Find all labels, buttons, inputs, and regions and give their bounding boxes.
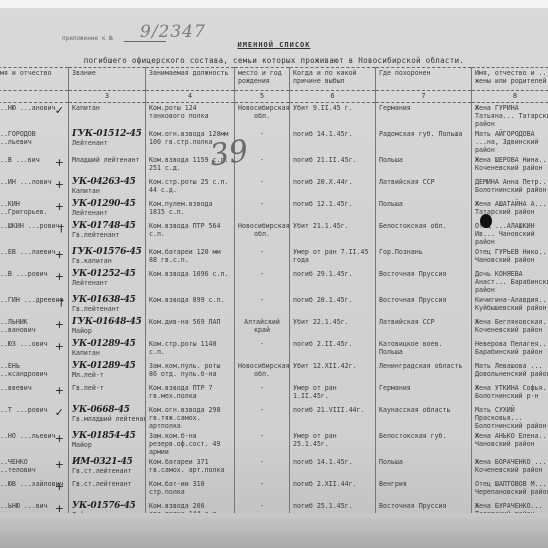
rank-cell: УК-01854-45Майор [69,431,146,457]
rank: Майор [72,327,92,335]
handwritten-mark-icon: + [55,273,64,281]
rank: Лейтенант [72,139,108,147]
handwritten-mark-icon: + [55,343,64,351]
rank: Гв.лей-т [72,384,104,392]
handwritten-mark-icon: + [55,461,64,469]
rank-cell: УК-01638-45Гв.лейтенант [69,295,146,317]
document-title: ИМЕННОЙ СПИСОК [0,41,548,49]
name-cell: ...ГОРОДОВ ...льевич [0,129,69,155]
ink-blot [480,214,492,228]
header-relatives: Имя, отчество и ... жены или родителей [472,68,548,91]
buried-cell: Белостокская обл. [376,221,472,247]
when-cell: Умер от ран 7.II.45 года [290,247,376,269]
table-row: ...В ...вич+Младший лейтенантКом.взвода … [0,155,548,177]
table-row: ...ШКИН ...рович†УК-01748-45Гв.лейтенант… [0,221,548,247]
position-cell: Зам.ком.б-на резерв.оф.сост. 49 армии [146,431,235,457]
handwritten-mark-icon: † [59,299,65,307]
relatives-cell: Жена УТКИНА Софья... Болотнинский р-н [472,383,548,405]
table-row: ...Т ...рович✓УК-0668-45Гв.младший лейте… [0,405,548,431]
relatives-cell: Отец ГУРЬЕВ Нико... Чановский район [472,247,548,269]
paper-fold-shadow [0,513,548,548]
position-cell: Ком.пулем.взвода 1815 с.п. [146,199,235,221]
rank-cell: ИМ-0321-45Гв.ст.лейтенант [69,457,146,479]
handwritten-stamp: УК-01576-45 [72,502,142,511]
rank: Капитан [72,187,100,195]
colnum: 7 [376,91,472,103]
relatives-cell: Кичигина-Алавдия... Куйбышевский район [472,295,548,317]
colnum: 6 [290,91,376,103]
rank: Лейтенант [72,279,108,287]
handwritten-mark-icon: + [55,505,64,513]
when-cell: погиб 20.X.44г. [290,177,376,199]
buried-cell: Радомская губ. Польша [376,129,472,155]
header-when: Когда и по какой причине выбыл [290,68,376,91]
position-cell: Ком.взвода 1096 с.п. [146,269,235,295]
when-cell: Умер от ран 25.1.45г. [290,431,376,457]
handwritten-stamp: УК-01854-45 [72,432,142,441]
header-rank: Звание [69,68,146,91]
table-row: ...КИН ...Григорьев.+УК-01290-45Лейтенан… [0,199,548,221]
handwritten-stamp: ГУК-01576-45 [72,248,142,257]
column-number-row: 3 4 5 6 7 8 [0,91,548,103]
table-row: ...ЧЕНКО ...телович+ИМ-0321-45Гв.ст.лейт… [0,457,548,479]
scanned-document-sheet: приложение к № 9/2347 ИМЕННОЙ СПИСОК пог… [0,8,548,548]
table-header-row: имя и отчество Звание Занимаемая должнос… [0,68,548,91]
birth-cell: - [235,405,290,431]
colnum: 4 [146,91,235,103]
when-cell: погиб 21.II.45г. [290,155,376,177]
when-cell: Умер от ран 1.II.45г. [290,383,376,405]
handwritten-stamp: УК-01638-45 [72,296,142,305]
handwritten-mark-icon: + [55,203,64,211]
birth-cell: - [235,295,290,317]
handwritten-mark-icon: + [55,321,64,329]
name-cell: ...ЕВ ...лаевич+ [0,247,69,269]
rank: Лейтенант [72,209,108,217]
position-cell: Ком.огн.взвода 298 гв.тяж.самох. артполк… [146,405,235,431]
position-cell: Ком.роты 124 танкового полка [146,103,235,130]
buried-cell: Латвийская ССР [376,177,472,199]
header-buried: Где похоронен [376,68,472,91]
birth-cell: - [235,383,290,405]
position-cell: Ком.бат-ии 310 стр.полка [146,479,235,501]
relatives-cell: Неверова Пелагея... Барабинский район [472,339,548,361]
relatives-cell: Мать Левашова ... Довольненский район [472,361,548,383]
rank-cell: ГУК-01512-45Лейтенант [69,129,146,155]
rank-cell: УК-01252-45Лейтенант [69,269,146,295]
buried-cell: Белостокская губ. [376,431,472,457]
handwritten-mark-icon: + [55,387,64,395]
handwritten-stamp: УК-01748-45 [72,222,142,231]
when-cell: Убит 22.1.45г. [290,317,376,339]
header-position: Занимаемая должность [146,68,235,91]
handwritten-stamp: УК-01289-45 [72,340,142,349]
when-cell: Убит 21.1.45г. [290,221,376,247]
handwritten-stamp: УК-01289-45 [72,362,142,371]
handwritten-stamp: УК-01252-45 [72,270,142,279]
colnum [0,91,69,103]
when-cell: погиб 14.1.45г. [290,457,376,479]
buried-cell: Восточная Пруссия [376,295,472,317]
when-cell: Убит 9.II.45 г. [290,103,376,130]
name-cell: ...ЧЕНКО ...телович+ [0,457,69,479]
name-cell: ...ГИН ...дреевич† [0,295,69,317]
table-row: ...ГОРОДОВ ...льевичГУК-01512-45Лейтенан… [0,129,548,155]
when-cell: погиб 2.II.45г. [290,339,376,361]
rank: Гв.младший лейтенант [72,415,146,423]
relatives-cell: Жена ШЕРОВА Нина... Коченевский район [472,155,548,177]
birth-cell: Новосибирская обл. [235,221,290,247]
officer-name: ...ГИН ...дреевич [0,296,65,304]
handwritten-stamp: ИМ-0321-45 [72,458,142,467]
name-cell: ...Т ...рович✓ [0,405,69,431]
position-cell: Ком.взвода 899 с.п. [146,295,235,317]
relatives-cell: Жена БОРАЧЕНКО ... Коченевский район [472,457,548,479]
rank-cell: Младший лейтенант [69,155,146,177]
table-row: ...ЛЬНИК ...ванович+ГУК-01648-45МайорКом… [0,317,548,339]
relatives-cell: Жена Бегляковская... Коченевский район [472,317,548,339]
name-cell: ...ввевич+ [0,383,69,405]
name-cell: ...ЕНЬ ...ксандрович [0,361,69,383]
buried-cell: Венгрия [376,479,472,501]
handwritten-stamp: УК-04263-45 [72,178,142,187]
position-cell: Ком.батареи 371 гв.самох. арт.полка [146,457,235,479]
name-cell: ...В ...вич+ [0,155,69,177]
buried-cell: Катовицкое воев. Польша [376,339,472,361]
buried-cell: Польша [376,199,472,221]
relatives-cell: Мать АЙГОРОДОВА ...на, Здвинский район [472,129,548,155]
handwritten-stamp: ГУК-01648-45 [72,318,142,327]
birth-cell: - [235,339,290,361]
birth-cell: - [235,247,290,269]
when-cell: погиб 21.VIII.44г. [290,405,376,431]
buried-cell: Восточная Пруссия [376,269,472,295]
buried-cell: Ленинградская область [376,361,472,383]
position-cell: Зам.ком.пуль. роты 86 отд. пуль.б-на [146,361,235,383]
header-birth: место и год рождения [235,68,290,91]
colnum: 5 [235,91,290,103]
officer-name: ...ШКИН ...рович [0,222,65,230]
name-cell: ...В ...рович+ [0,269,69,295]
handwritten-stamp: ГУК-01512-45 [72,130,142,139]
birth-cell: Новосибирская обл. [235,103,290,130]
birth-cell: - [235,457,290,479]
buried-cell: Германия [376,103,472,130]
rank: Гв.лейтенант [72,231,120,239]
relatives-cell: ДЕМИНА Анна Петр... Болотнинский район [472,177,548,199]
buried-cell: Германия [376,383,472,405]
buried-cell: Каунасская область [376,405,472,431]
rank: Младший лейтенант [72,156,140,164]
birth-cell: - [235,431,290,457]
rank: Майор [72,441,92,449]
rank-cell: ГУК-01648-45Майор [69,317,146,339]
when-cell: погиб 14.1.45г. [290,129,376,155]
name-cell: ...ЛЬНИК ...ванович+ [0,317,69,339]
table-row: ...В ...рович+УК-01252-45ЛейтенантКом.вз… [0,269,548,295]
buried-cell: Латвийская ССР [376,317,472,339]
position-cell: Ком.батареи 120 мм 88 гв.с.п. [146,247,235,269]
rank-cell: УК-01289-45Мл.лей-т [69,361,146,383]
handwritten-mark-icon: + [55,181,64,189]
rank-cell: УК-01290-45Лейтенант [69,199,146,221]
rank-cell: УК-0668-45Гв.младший лейтенант [69,405,146,431]
rank: Капитан [72,104,100,112]
document-subtitle: погибшего офицерского состава, семьи кот… [0,56,548,65]
handwritten-stamp: УК-0668-45 [72,406,142,415]
birth-cell: - [235,177,290,199]
birth-cell: - [235,479,290,501]
colnum: 3 [69,91,146,103]
buried-cell: Гор.Познань [376,247,472,269]
handwritten-mark-icon: + [55,435,64,443]
handwritten-margin-number: 39 [208,134,251,174]
rank-cell: Гв.лей-т [69,383,146,405]
position-cell: Ком.стр.роты 25 с.п. 44 с.д. [146,177,235,199]
handwritten-stamp: УК-01290-45 [72,200,142,209]
rank-cell: УК-01748-45Гв.лейтенант [69,221,146,247]
rank: Мл.лей-т [72,371,104,379]
name-cell: ...НЮ ...анович✓ [0,103,69,130]
when-cell: погиб 29.1.45г. [290,269,376,295]
buried-cell: Польша [376,457,472,479]
relatives-cell: Жена ГУРИНА Татьяна... Татарский район [472,103,548,130]
name-cell: ...ЮЗ ...ович+ [0,339,69,361]
name-cell: ...НО ...льевич+ [0,431,69,457]
position-cell: Ком.взвода ПТР 564 с.п. [146,221,235,247]
table-row: ...ЕВ ...лаевич+ГУК-01576-45Гв.капитанКо… [0,247,548,269]
rank-cell: УК-01289-45Капитан [69,339,146,361]
when-cell: Убит 12.XII.42г. [290,361,376,383]
rank: Гв.ст.лейтенант [72,480,132,488]
rank: Капитан [72,349,100,357]
handwritten-mark-icon: + [55,251,64,259]
table-row: ...ЕНЬ ...ксандровичУК-01289-45Мл.лей-тЗ… [0,361,548,383]
when-cell: погиб 20.1.45г. [290,295,376,317]
name-cell: ...ШКИН ...рович† [0,221,69,247]
name-cell: ...ЮВ ...хайлович+ [0,479,69,501]
position-cell: Ком.взвода ПТР 7 гв.мех.полка [146,383,235,405]
table-row: ...ЮЗ ...ович+УК-01289-45КапитанКом.стр.… [0,339,548,361]
buried-cell: Польша [376,155,472,177]
relatives-cell: Мать СУХИЙ Прасковья... Болотнинский рай… [472,405,548,431]
relatives-cell: Дочь КОНЯЕВА Анаст... Барабинский район [472,269,548,295]
rank: Гв.капитан [72,257,112,265]
birth-cell: - [235,269,290,295]
rank: Гв.лейтенант [72,305,120,313]
rank-cell: Гв.ст.лейтенант [69,479,146,501]
table-row: ...НЮ ...анович✓КапитанКом.роты 124 танк… [0,103,548,130]
relatives-cell: Жена АНЬКО Елена... Чановский район [472,431,548,457]
handwritten-mark-icon: ✓ [55,409,64,417]
rank-cell: ГУК-01576-45Гв.капитан [69,247,146,269]
when-cell: погиб 2.XII.44г. [290,479,376,501]
table-row: ...ввевич+Гв.лей-тКом.взвода ПТР 7 гв.ме… [0,383,548,405]
table-row: ...ЮВ ...хайлович+Гв.ст.лейтенантКом.бат… [0,479,548,501]
table-row: ...ГИН ...дреевич†УК-01638-45Гв.лейтенан… [0,295,548,317]
handwritten-mark-icon: † [59,225,65,233]
header-name: имя и отчество [0,68,69,91]
birth-cell: - [235,199,290,221]
birth-cell: Новосибирская обл. [235,361,290,383]
handwritten-mark-icon: + [55,159,64,167]
rank-cell: Капитан [69,103,146,130]
handwritten-mark-icon: ✓ [55,107,64,115]
birth-cell: Алтайский край [235,317,290,339]
rank-cell: УК-04263-45Капитан [69,177,146,199]
table-row: ...ИН ...лович+УК-04263-45КапитанКом.стр… [0,177,548,199]
table-row: ...НО ...льевич+УК-01854-45МайорЗам.ком.… [0,431,548,457]
name-cell: ...ИН ...лович+ [0,177,69,199]
when-cell: погиб 12.1.45г. [290,199,376,221]
casualty-list-table: имя и отчество Звание Занимаемая должнос… [0,67,548,545]
reference-number-handwritten: 9/2347 [140,22,206,42]
relatives-cell: Отец ШАПТОВОВ М... Черепановский район [472,479,548,501]
handwritten-mark-icon: + [55,483,64,491]
position-cell: Ком.див-на 569 ЛАП [146,317,235,339]
officer-name: ...ЕНЬ ...ксандрович [0,362,65,378]
position-cell: Ком.стр.роты 1140 с.п. [146,339,235,361]
officer-name: ...ГОРОДОВ ...льевич [0,130,65,146]
rank: Гв.ст.лейтенант [72,467,132,475]
name-cell: ...КИН ...Григорьев.+ [0,199,69,221]
colnum: 8 [472,91,548,103]
